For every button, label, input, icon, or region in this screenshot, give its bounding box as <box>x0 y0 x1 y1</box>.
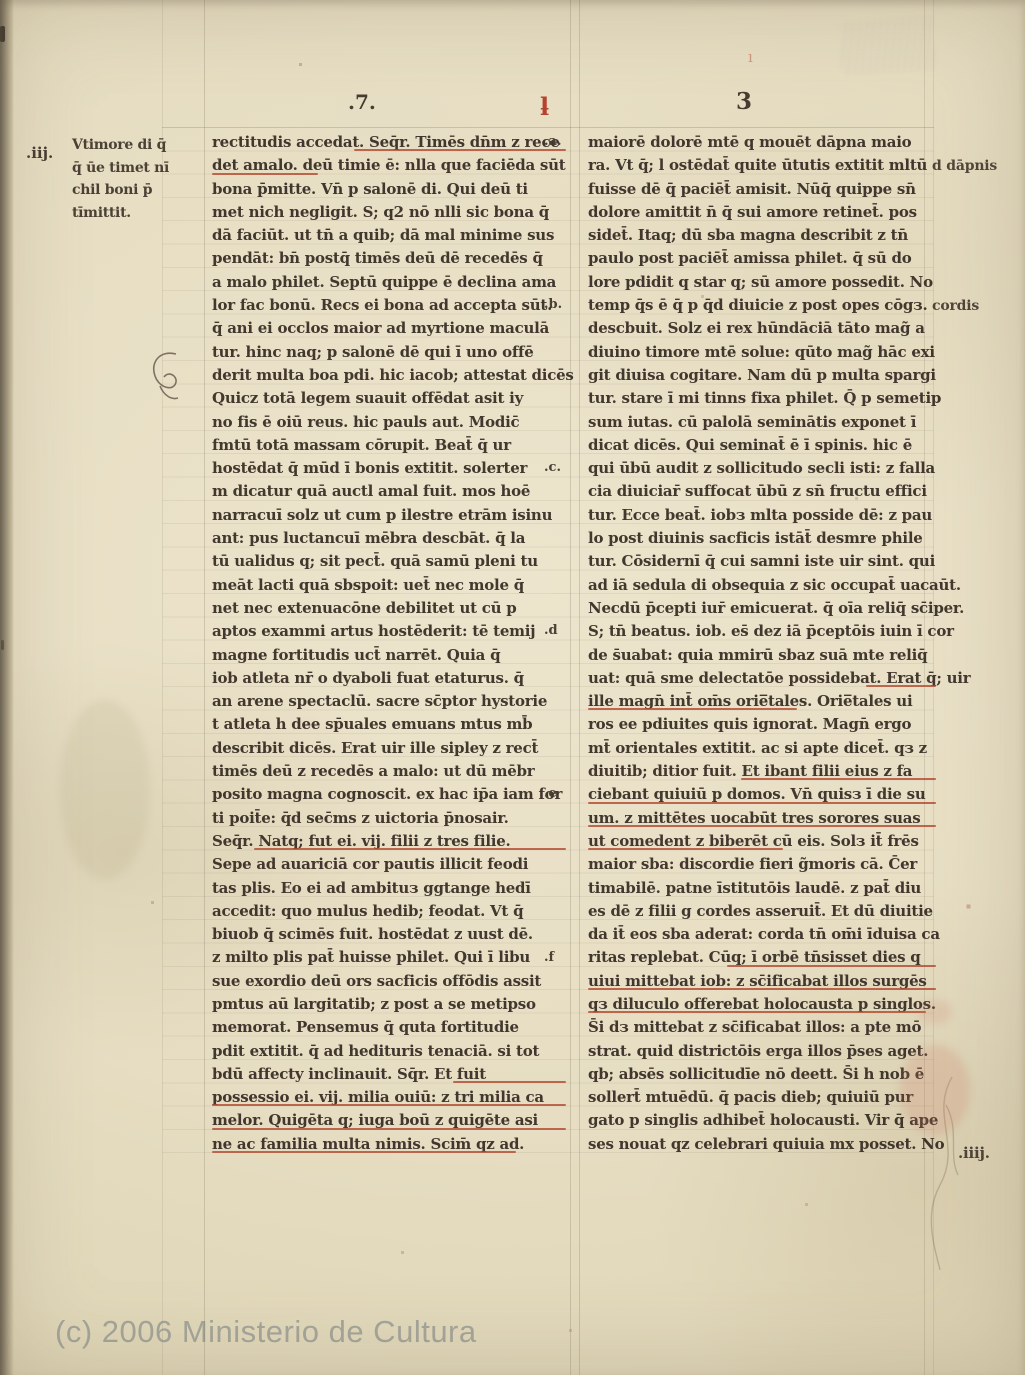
rubric-quire-mark: ƚ <box>540 92 549 121</box>
gloss-line: q̄ ūe timet nī <box>72 157 202 180</box>
text-line: dā faciūt. ut tn̄ a quib; dā mal minime … <box>212 224 566 247</box>
text-line: rectitudis accedat. Seq̄r. Timēs dn̄m z … <box>212 131 566 154</box>
text-line-content: sue exordio deū ors sacficis offōdis ass… <box>212 972 541 990</box>
text-line: da it̄ eos sba aderat: corda tn̄ om̄i īd… <box>588 923 936 946</box>
text-line-content: posito magna cognoscit. ex hac ip̄a iam … <box>212 785 562 803</box>
text-line: bona p̄mitte. Vn̄ p salonē di. Qui deū t… <box>212 178 566 201</box>
text-line: dolore amittit n̄ q̄ sui amore retinet̄.… <box>588 201 936 224</box>
text-line: Seq̄r. Natq; fut ei. vij. filii z tres f… <box>212 830 566 853</box>
text-line: diuino timore mtē solue: qūto mag̃ hāc e… <box>588 341 936 364</box>
text-line: lo post diuinis sacficis istāt̄ desmre p… <box>588 527 936 550</box>
text-line-content: dā faciūt. ut tn̄ a quib; dā mal minime … <box>212 226 554 244</box>
text-line: pmtus aū largitatib; z post a se metipso <box>212 993 566 1016</box>
text-line: meāt lacti quā sbspoit: uet̄ nec mole q̄ <box>212 574 566 597</box>
text-line-content: hostēdat q̄ mūd ī bonis extitit. solerte… <box>212 459 527 477</box>
quire-mark: .7. <box>348 90 376 114</box>
text-line-content: timēs deū z recedēs a malo: ut dū mēbr <box>212 762 534 780</box>
text-line-content: sum iutas. cū palolā seminātis exponet ī <box>588 413 916 431</box>
show-through-blot <box>60 700 150 880</box>
red-underline <box>588 1011 926 1013</box>
text-line-content: possessio ei. vij. milia ouiū: z tri mil… <box>212 1088 544 1106</box>
red-underline <box>354 149 566 151</box>
text-line-content: paulo post paciēt̄ amissa philet. q̄ sū … <box>588 249 911 267</box>
text-line: sum iutas. cū palolā seminātis exponet ī <box>588 411 936 434</box>
text-line-content: qb; absēs sollicitudīe nō deett. S̄i h n… <box>588 1065 924 1083</box>
text-line: dicat dicēs. Qui seminat̄ ē ī spinis. hi… <box>588 434 936 457</box>
text-line-content: iob atleta nr̄ o dyaboli fuat etaturus. … <box>212 669 524 687</box>
text-line: q̄ ani ei occlos maior ad myrtione macul… <box>212 317 566 340</box>
text-line: temp q̄s ē q̄ p q̄d diuicie z post opes … <box>588 294 936 317</box>
text-line-content: an arene spectaclū. sacre sc̄ptor hystor… <box>212 692 547 710</box>
gloss-line: tīmittit. <box>72 202 202 225</box>
side-letter: .e <box>544 786 557 801</box>
text-line-content: describit dicēs. Erat uir ille sipley z … <box>212 739 538 757</box>
text-line-content: Necdū p̄cepti iur̄ emicuerat. q̄ oīa rel… <box>588 599 964 617</box>
text-line-content: det amalo. deū timie ē: nlla que faciēda… <box>212 156 565 174</box>
show-through-stamp <box>838 15 937 76</box>
text-line-content: S̄i dз mittebat z sc̄ificabat illos: a p… <box>588 1018 921 1036</box>
text-line-content: ra. Vt q̄; l ostēdat̄ quite ūtutis extit… <box>588 156 927 174</box>
text-line-content: net nec extenuacōne debilitet ut cū p <box>212 599 517 617</box>
text-line: derit multa boa pdi. hic iacob; attestat… <box>212 364 566 387</box>
text-line: timēs deū z recedēs a malo: ut dū mēbr <box>212 760 566 783</box>
manuscript-page: .7. ƚ ı 3 .iij. Vtimore di q̄ q̄ ūe time… <box>0 0 1025 1375</box>
red-underline <box>212 1128 566 1130</box>
text-line-content: magne fortitudis uct̄ narrēt. Quia q̄ <box>212 646 500 664</box>
pen-trial-flourish <box>900 1075 990 1285</box>
text-line: tur. Cōsidernī q̄ cui samni iste uir sin… <box>588 550 936 573</box>
binding-nick <box>1 640 4 650</box>
text-line-content: ros ee pdiuites quis ignorat. Magn̄ ergo <box>588 715 911 733</box>
text-line-content: z milto plis pat̄ huisse philet. Qui ī l… <box>212 948 530 966</box>
text-line-content: biuob q̄ scimēs fuit. hostēdat z uust dē… <box>212 925 533 943</box>
text-line-content: tur. hinc naq; p salonē dē qui ī uno off… <box>212 343 534 361</box>
text-line-content: tas plis. Eo ei ad ambituз ggtange hedī <box>212 879 531 897</box>
text-line: sue exordio deū ors sacficis offōdis ass… <box>212 970 566 993</box>
text-line-content: git diuisa cogitare. Nam dū p multa spar… <box>588 366 936 384</box>
text-line-content: ciebant quiuiū p domos. Vn̄ quisз ī die … <box>588 785 926 803</box>
margin-note-cordis: cordis <box>932 298 979 314</box>
text-line: cia diuiciar̄ suffocat ūbū z sn̄ fructu … <box>588 480 936 503</box>
gloss-line: Vtimore di q̄ <box>72 134 202 157</box>
text-line: um. z mittētes uocabūt tres sorores suas <box>588 807 936 830</box>
text-line-content: bona p̄mitte. Vn̄ p salonē di. Qui deū t… <box>212 180 528 198</box>
text-line: melor. Quigēta q; iuga boū z quigēte asi <box>212 1109 566 1132</box>
text-line-content: bdū affecty inclinauit. Sq̄r. Et fuit <box>212 1065 486 1083</box>
text-line-content: S; tn̄ beatus. iob. es̄ dez iā p̄ceptōis… <box>588 622 954 640</box>
text-line-content: descbuit. Solz ei rex hūndāciā tāto mag̃… <box>588 319 925 337</box>
text-line-content: da it̄ eos sba aderat: corda tn̄ om̄i īd… <box>588 925 940 943</box>
text-line: bdū affecty inclinauit. Sq̄r. Et fuit <box>212 1063 566 1086</box>
text-line: t atleta h dee sp̄uales emuans mtus mb̄ <box>212 713 566 736</box>
faint-red-mark: ı <box>748 48 753 66</box>
text-line: maior sba: discordie fieri g̃moris cā. C… <box>588 853 936 876</box>
text-line-content: tur. Ecce beat̄. iobз mlta posside dē: z… <box>588 506 932 524</box>
text-line: Necdū p̄cepti iur̄ emicuerat. q̄ oīa rel… <box>588 597 936 620</box>
text-line: maiorē dolorē mtē q mouēt dāpna maio <box>588 131 936 154</box>
text-line: tur. hinc naq; p salonē dē qui ī uno off… <box>212 341 566 364</box>
text-line-content: memorat. Pensemus q̄ quta fortitudie <box>212 1018 519 1036</box>
text-line: no fis ē oiū reus. hic pauls aut. Modic̄ <box>212 411 566 434</box>
text-line: es dē z filii g cordes asseruit̄. Et dū … <box>588 900 936 923</box>
text-line: magne fortitudis uct̄ narrēt. Quia q̄ <box>212 644 566 667</box>
text-line-content: accedit: quo mulus hedib; feodat. Vt q̄ <box>212 902 523 920</box>
text-line: tas plis. Eo ei ad ambituз ggtange hedī <box>212 877 566 900</box>
text-line: lore pdidit q star q; sū amore possedit.… <box>588 271 936 294</box>
text-line-content: de s̄uabat: quia mmirū sbaz suā mte reli… <box>588 646 927 664</box>
side-letter: .f <box>544 950 554 965</box>
text-line-content: a malo philet. Septū quippe ē declina am… <box>212 273 556 291</box>
ruling-line <box>204 0 205 1375</box>
side-letter: .d <box>544 623 558 638</box>
text-line-content: sidet̄. Itaq; dū sba magna describit z t… <box>588 226 908 244</box>
text-line: sollert̄ mtuēdū. q̄ pacis dieb; quiuiū p… <box>588 1086 936 1109</box>
text-line-content: t atleta h dee sp̄uales emuans mtus mb̄ <box>212 715 532 733</box>
text-line-content: cia diuiciar̄ suffocat ūbū z sn̄ fructu … <box>588 482 927 500</box>
text-line-content: uiui mittebat iob: z sc̄ificabat illos s… <box>588 972 927 990</box>
text-line-content: pmtus aū largitatib; z post a se metipso <box>212 995 536 1013</box>
text-line: tur. Ecce beat̄. iobз mlta posside dē: z… <box>588 504 936 527</box>
text-line: z milto plis pat̄ huisse philet. Qui ī l… <box>212 946 566 969</box>
text-line: lor fac bonū. Recs ei bona ad accepta sū… <box>212 294 566 317</box>
text-line: an arene spectaclū. sacre sc̄ptor hystor… <box>212 690 566 713</box>
binding-edge <box>0 0 14 1375</box>
text-line-content: dicat dicēs. Qui seminat̄ ē ī spinis. hi… <box>588 436 912 454</box>
text-line-content: diuitib; ditior fuit. Et ibant filii eiu… <box>588 762 912 780</box>
text-line: ritas replebat. Cūq; ī orbē tn̄sisset di… <box>588 946 936 969</box>
nota-flourish <box>146 350 188 406</box>
text-line: gato p singlis adhibet̄ holocausti. Vir … <box>588 1109 936 1132</box>
red-underline <box>212 173 318 175</box>
side-letter: .c. <box>544 460 561 475</box>
red-underline <box>453 1081 566 1083</box>
text-line: ra. Vt q̄; l ostēdat̄ quite ūtutis extit… <box>588 154 936 177</box>
text-line-content: lore pdidit q star q; sū amore possedit.… <box>588 273 933 291</box>
text-line-content: timabilē. patne īstitutōis laudē. z pat̄… <box>588 879 921 897</box>
binding-nick <box>0 26 5 42</box>
text-line: Quicz totā legem suauit offēdat asit iy <box>212 387 566 410</box>
text-line: ses nouat qz celebrari quiuia mx posset.… <box>588 1133 936 1156</box>
gloss-line: chil boni p̄ <box>72 179 202 202</box>
red-underline <box>588 848 783 850</box>
text-line-content: tur. Cōsidernī q̄ cui samni iste uir sin… <box>588 552 935 570</box>
side-letter: .b. <box>544 297 562 312</box>
red-underline <box>588 802 936 804</box>
text-line: ros ee pdiuites quis ignorat. Magn̄ ergo <box>588 713 936 736</box>
text-line-content: met nich negligit. S; q2 nō nlli sic bon… <box>212 203 549 221</box>
text-line: describit dicēs. Erat uir ille sipley z … <box>212 737 566 760</box>
text-line-content: uat: quā sme delectatōe possidebat. Erat… <box>588 669 970 687</box>
text-line: pdit extitit. q̄ ad hedituris tenaciā. s… <box>212 1040 566 1063</box>
text-line: hostēdat q̄ mūd ī bonis extitit. solerte… <box>212 457 566 480</box>
text-line-content: ne ac familia multa nimis. Scim̄ qz ad. <box>212 1135 524 1153</box>
text-line: det amalo. deū timie ē: nlla que faciēda… <box>212 154 566 177</box>
text-line: qui ūbū audit z sollicitudo secli isti: … <box>588 457 936 480</box>
red-underline <box>588 825 936 827</box>
text-line: Sepe ad auariciā cor pautis illicit feod… <box>212 853 566 876</box>
text-line: accedit: quo mulus hedib; feodat. Vt q̄ <box>212 900 566 923</box>
text-line-content: qui ūbū audit z sollicitudo secli isti: … <box>588 459 935 477</box>
text-line: ant: pus luctancuī mēbra descbāt. q̄ la <box>212 527 566 550</box>
text-line: aptos exammi artus hostēderit: tē temij <box>212 620 566 643</box>
text-line-content: pendāt: bn̄ postq̄ timēs deū dē recedēs … <box>212 249 543 267</box>
text-line-content: ti poit̄e: q̄d sec̄ms z uictoria p̄nosai… <box>212 809 509 827</box>
text-line: ut comedent z biberēt cū eis. Solз it̄ f… <box>588 830 936 853</box>
marginal-gloss: Vtimore di q̄ q̄ ūe timet nī chil boni p… <box>72 134 202 224</box>
text-line: tū ualidus q; sit pect̄. quā samū pleni … <box>212 550 566 573</box>
text-line: qb; absēs sollicitudīe nō deett. S̄i h n… <box>588 1063 936 1086</box>
text-line: timabilē. patne īstitutōis laudē. z pat̄… <box>588 877 936 900</box>
ruling-line <box>162 127 934 128</box>
text-line-content: tur. stare ī mi tinns fixa philet. Q̄ p … <box>588 389 941 407</box>
text-line-content: Quicz totā legem suauit offēdat asit iy <box>212 389 523 407</box>
text-line-content: ant: pus luctancuī mēbra descbāt. q̄ la <box>212 529 525 547</box>
text-line: S̄i dз mittebat z sc̄ificabat illos: a p… <box>588 1016 936 1039</box>
text-line-content: ut comedent z biberēt cū eis. Solз it̄ f… <box>588 832 919 850</box>
text-line: met nich negligit. S; q2 nō nlli sic bon… <box>212 201 566 224</box>
text-line: qз diluculo offerebat holocausta p singl… <box>588 993 936 1016</box>
red-underline <box>254 848 566 850</box>
text-line: ne ac familia multa nimis. Scim̄ qz ad. <box>212 1133 566 1156</box>
text-line-content: ritas replebat. Cūq; ī orbē tn̄sisset di… <box>588 948 921 966</box>
folio-number: 3 <box>736 88 752 115</box>
ruling-line <box>579 0 580 1375</box>
text-line: biuob q̄ scimēs fuit. hostēdat z uust dē… <box>212 923 566 946</box>
text-line: ti poit̄e: q̄d sec̄ms z uictoria p̄nosai… <box>212 807 566 830</box>
text-line-content: no fis ē oiū reus. hic pauls aut. Modic̄ <box>212 413 519 431</box>
text-line-content: strat. quid districtōis erga illos p̄ses… <box>588 1042 928 1060</box>
text-line-content: Seq̄r. Natq; fut ei. vij. filii z tres f… <box>212 832 511 850</box>
text-line: narracuī solz ut cum p ilestre etrām isi… <box>212 504 566 527</box>
text-column-left: rectitudis accedat. Seq̄r. Timēs dn̄m z … <box>212 131 566 1156</box>
text-line-content: maior sba: discordie fieri g̃moris cā. C… <box>588 855 917 873</box>
text-line-content: narracuī solz ut cum p ilestre etrām isi… <box>212 506 552 524</box>
text-line: paulo post paciēt̄ amissa philet. q̄ sū … <box>588 247 936 270</box>
margin-note-dampnis: d dāpnis <box>932 158 997 174</box>
text-line-content: temp q̄s ē q̄ p q̄d diuicie z post opes … <box>588 296 927 314</box>
text-line-content: maiorē dolorē mtē q mouēt dāpna maio <box>588 133 911 151</box>
text-line: git diuisa cogitare. Nam dū p multa spar… <box>588 364 936 387</box>
text-line: ad iā sedula di obsequia z sic occupat̄ … <box>588 574 936 597</box>
red-underline <box>741 778 936 780</box>
text-line: posito magna cognoscit. ex hac ip̄a iam … <box>212 783 566 806</box>
text-line: S; tn̄ beatus. iob. es̄ dez iā p̄ceptōis… <box>588 620 936 643</box>
text-line: mt̄ orientales extitit. ac si apte dicet… <box>588 737 936 760</box>
text-line-content: fuisse dē q̄ paciēt̄ amisit. Nūq̄ quippe… <box>588 180 916 198</box>
text-line-content: lor fac bonū. Recs ei bona ad accepta sū… <box>212 296 552 314</box>
red-underline <box>727 965 936 967</box>
text-line-content: lo post diuinis sacficis istāt̄ desmre p… <box>588 529 923 547</box>
parchment-specks <box>0 0 1 1</box>
text-line-content: fmtū totā massam cōrupit. Beat̄ q̄ ur <box>212 436 511 454</box>
text-line-content: Sepe ad auariciā cor pautis illicit feod… <box>212 855 528 873</box>
text-line: memorat. Pensemus q̄ quta fortitudie <box>212 1016 566 1039</box>
text-column-right: maiorē dolorē mtē q mouēt dāpna maiora. … <box>588 131 936 1156</box>
text-line: uat: quā sme delectatōe possidebat. Erat… <box>588 667 936 690</box>
text-line-content: ad iā sedula di obsequia z sic occupat̄ … <box>588 576 961 594</box>
chapter-number: .iij. <box>26 144 53 162</box>
text-line-content: aptos exammi artus hostēderit: tē temij <box>212 622 535 640</box>
text-line: tur. stare ī mi tinns fixa philet. Q̄ p … <box>588 387 936 410</box>
text-line-content: derit multa boa pdi. hic iacob; attestat… <box>212 366 574 384</box>
text-line-content: mt̄ orientales extitit. ac si apte dicet… <box>588 739 927 757</box>
text-line-content: q̄ ani ei occlos maior ad myrtione macul… <box>212 319 549 337</box>
text-line-content: es dē z filii g cordes asseruit̄. Et dū … <box>588 902 933 920</box>
text-line-content: meāt lacti quā sbspoit: uet̄ nec mole q̄ <box>212 576 524 594</box>
text-line: net nec extenuacōne debilitet ut cū p <box>212 597 566 620</box>
text-line: pendāt: bn̄ postq̄ timēs deū dē recedēs … <box>212 247 566 270</box>
text-line-content: tū ualidus q; sit pect̄. quā samū pleni … <box>212 552 538 570</box>
text-line-content: sollert̄ mtuēdū. q̄ pacis dieb; quiuiū p… <box>588 1088 913 1106</box>
text-line: fuisse dē q̄ paciēt̄ amisit. Nūq̄ quippe… <box>588 178 936 201</box>
red-underline <box>588 988 936 990</box>
text-line: ciebant quiuiū p domos. Vn̄ quisз ī die … <box>588 783 936 806</box>
text-line: m dicatur quā auctl amal fuit. mos hoē <box>212 480 566 503</box>
text-line: diuitib; ditior fuit. Et ibant filii eiu… <box>588 760 936 783</box>
copyright-watermark: (c) 2006 Ministerio de Cultura <box>55 1314 477 1350</box>
ruling-line <box>570 0 571 1375</box>
text-line: sidet̄. Itaq; dū sba magna describit z t… <box>588 224 936 247</box>
side-letter: .a. <box>544 134 561 149</box>
text-line: iob atleta nr̄ o dyaboli fuat etaturus. … <box>212 667 566 690</box>
text-line: descbuit. Solz ei rex hūndāciā tāto mag̃… <box>588 317 936 340</box>
text-line-content: um. z mittētes uocabūt tres sorores suas <box>588 809 920 827</box>
text-line-content: ses nouat qz celebrari quiuia mx posset.… <box>588 1135 944 1153</box>
text-line-content: diuino timore mtē solue: qūto mag̃ hāc e… <box>588 343 935 361</box>
text-line: de s̄uabat: quia mmirū sbaz suā mte reli… <box>588 644 936 667</box>
red-underline <box>866 685 936 687</box>
text-line-content: dolore amittit n̄ q̄ sui amore retinet̄.… <box>588 203 917 221</box>
text-line-content: ille magn̄ int̄ om̄s orie̅tales. Orie̅ta… <box>588 692 912 710</box>
text-line-content: pdit extitit. q̄ ad hedituris tenaciā. s… <box>212 1042 539 1060</box>
text-line: fmtū totā massam cōrupit. Beat̄ q̄ ur <box>212 434 566 457</box>
text-line: strat. quid districtōis erga illos p̄ses… <box>588 1040 936 1063</box>
text-line: possessio ei. vij. milia ouiū: z tri mil… <box>212 1086 566 1109</box>
text-line-content: melor. Quigēta q; iuga boū z quigēte asi <box>212 1111 538 1129</box>
text-line-content: rectitudis accedat. Seq̄r. Timēs dn̄m z … <box>212 133 560 151</box>
text-line: a malo philet. Septū quippe ē declina am… <box>212 271 566 294</box>
text-line-content: gato p singlis adhibet̄ holocausti. Vir … <box>588 1111 938 1129</box>
red-underline <box>212 1151 516 1153</box>
text-line-content: m dicatur quā auctl amal fuit. mos hoē <box>212 482 530 500</box>
text-line: uiui mittebat iob: z sc̄ificabat illos s… <box>588 970 936 993</box>
text-line-content: qз diluculo offerebat holocausta p singl… <box>588 995 936 1013</box>
text-line: ille magn̄ int̄ om̄s orie̅tales. Orie̅ta… <box>588 690 936 713</box>
